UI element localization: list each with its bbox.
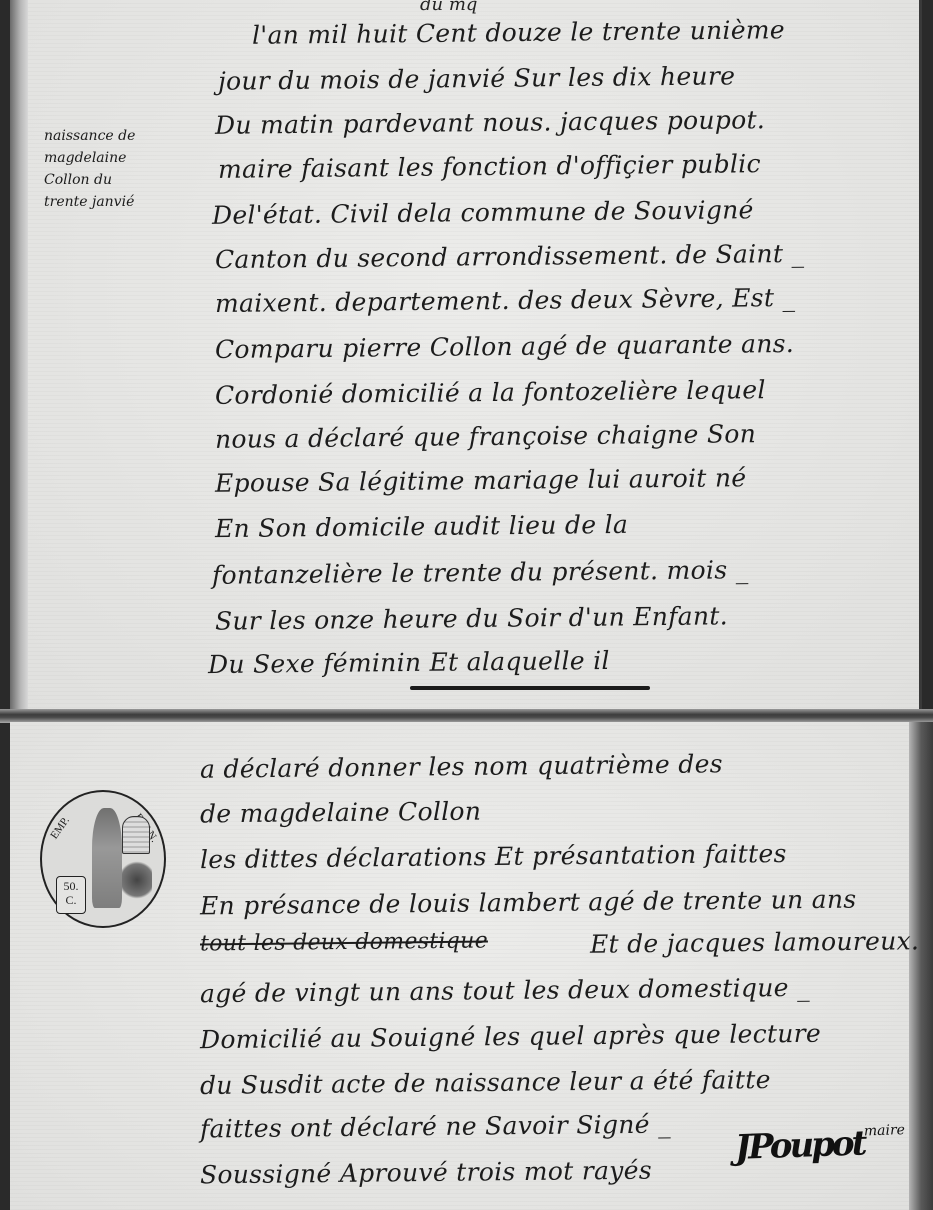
text-line: les dittes déclarations Et présantation … xyxy=(200,839,787,874)
text-line: du Susdit acte de naissance leur a été f… xyxy=(200,1065,771,1100)
text-line: faittes ont déclaré ne Savoir Signé _ xyxy=(200,1110,671,1144)
text-line: Epouse Sa légitime mariage lui auroit né xyxy=(215,463,747,498)
text-line: Del'état. Civil dela commune de Souvigné xyxy=(212,195,754,230)
text-line: a déclaré donner les nom quatrième des xyxy=(200,749,723,783)
struck-text-line: tout les deux domestique xyxy=(200,928,488,956)
text-line: Soussigné Aprouvé trois mot rayés xyxy=(200,1156,652,1190)
text-line: Et de jacques lamoureux. xyxy=(590,926,919,958)
margin-note-line: magdelaine xyxy=(44,147,214,169)
margin-note-line: Collon du xyxy=(44,169,214,191)
text-line: fontanzelière le trente du présent. mois… xyxy=(212,555,749,590)
text-line: de magdelaine Collon xyxy=(200,797,482,829)
mayor-signature: JPoupotmaire xyxy=(734,1122,906,1168)
stamp-figure-icon xyxy=(92,808,122,908)
text-line: En Son domicile audit lieu de la xyxy=(215,510,628,543)
stamp-text-left: EMP. xyxy=(48,815,72,842)
stamp-value: 50. C. xyxy=(56,876,86,914)
text-line: Du Sexe féminin Et alaquelle il xyxy=(208,646,610,679)
stamp-tablets-icon xyxy=(122,816,150,854)
text-line: Canton du second arrondissement. de Sain… xyxy=(215,239,805,274)
text-line: maixent. departement. des deux Sèvre, Es… xyxy=(215,283,796,318)
text-line: l'an mil huit Cent douze le trente unièm… xyxy=(252,15,785,50)
text-line: Du matin pardevant nous. jacques poupot. xyxy=(215,105,765,140)
text-line: Cordonié domicilié a la fontozelière leq… xyxy=(215,375,766,410)
page-margin-rule xyxy=(919,0,922,712)
closing-flourish xyxy=(410,686,650,690)
text-line: nous a déclaré que françoise chaigne Son xyxy=(215,419,756,454)
margin-note: naissance de magdelaine Collon du trente… xyxy=(44,125,214,213)
margin-note-line: naissance de xyxy=(44,125,214,147)
stamp-eagle-icon xyxy=(122,858,152,902)
text-line: Sur les onze heure du Soir d'un Enfant. xyxy=(215,601,728,635)
book-binding xyxy=(909,722,933,1210)
page-edge-shadow xyxy=(10,0,28,712)
text-line: Comparu pierre Collon agé de quarante an… xyxy=(215,329,794,364)
text-line: maire faisant les fonction d'offiçier pu… xyxy=(218,149,761,184)
header-fragment: du mq xyxy=(420,0,477,15)
page-fold xyxy=(0,709,933,723)
tax-stamp: EMP. FRAN. 50. C. xyxy=(40,790,166,928)
text-line: jour du mois de janvié Sur les dix heure xyxy=(218,61,736,95)
margin-note-line: trente janvié xyxy=(44,191,214,213)
